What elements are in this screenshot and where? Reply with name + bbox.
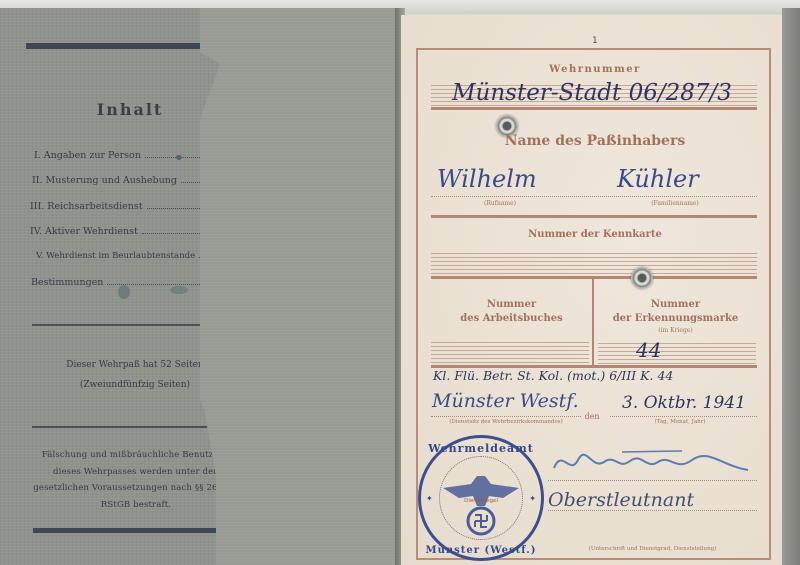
legal-note: Fälschung und mißbräuchliche Benutzung d… [32, 447, 240, 513]
name-label: Name des Paßinhabers [430, 133, 760, 149]
signature-scribble [552, 448, 752, 478]
wehrnummer-label: Wehrnummer [430, 64, 760, 75]
issue-place-caption: (Dienstsitz des Wehrbezirkskommandos) [431, 419, 581, 425]
last-name-caption: (Familienname) [640, 200, 710, 207]
erkennungsmarke-caption: (im Kriege) [594, 327, 757, 334]
place-line [431, 416, 581, 417]
last-name-value: Kühler [617, 165, 699, 193]
rank-value: Oberstleutnant [548, 489, 694, 511]
grommet [631, 267, 653, 289]
official-stamp: Wehrmeldeamt ✦ ✦ Dienstsiegel Münster (W… [418, 435, 544, 561]
ink-stain [118, 285, 130, 299]
cover-bottom-bar [33, 528, 238, 533]
first-name-value: Wilhelm [437, 165, 537, 193]
date-line [610, 416, 757, 417]
signature [552, 448, 752, 484]
erkennungsmarke-label: Nummer der Erkennungsmarke [594, 298, 757, 326]
ink-stain [170, 286, 188, 294]
issue-place-value: Münster Westf. [432, 390, 579, 412]
rule [431, 107, 757, 110]
issue-date-value: 3. Oktbr. 1941 [622, 393, 746, 413]
kennkarte-label: Nummer der Kennkarte [430, 229, 760, 240]
name-line [431, 196, 757, 197]
arbeitsbuch-lines [431, 339, 589, 363]
rule [431, 215, 757, 218]
signature-line [548, 480, 757, 481]
erkennungsmarke-unit: Kl. Flü. Betr. St. Kol. (mot.) 6/III K. … [433, 368, 673, 383]
toc-title: Inhalt [60, 100, 200, 119]
cover-divider [32, 426, 237, 428]
wehrnummer-value: Münster-Stadt 06/287/3 [452, 80, 732, 106]
cover-flap [200, 8, 400, 565]
page-edge [782, 8, 800, 565]
kennkarte-lines [431, 250, 757, 274]
ink-stain [176, 155, 182, 160]
page-number: 1 [592, 36, 598, 46]
issue-date-caption: (Tag, Monat, Jahr) [620, 419, 740, 425]
rank-line [548, 510, 757, 511]
signature-caption: (Unterschrift und Dienstgrad, Dienststel… [548, 546, 757, 552]
arbeitsbuch-label: Nummer des Arbeitsbuches [431, 298, 592, 326]
den-label: den [582, 412, 602, 421]
erkennungsmarke-value: 44 [636, 338, 661, 362]
rule [431, 276, 757, 279]
first-name-caption: (Rufname) [470, 200, 530, 207]
erkennungsmarke-lines [598, 340, 756, 364]
